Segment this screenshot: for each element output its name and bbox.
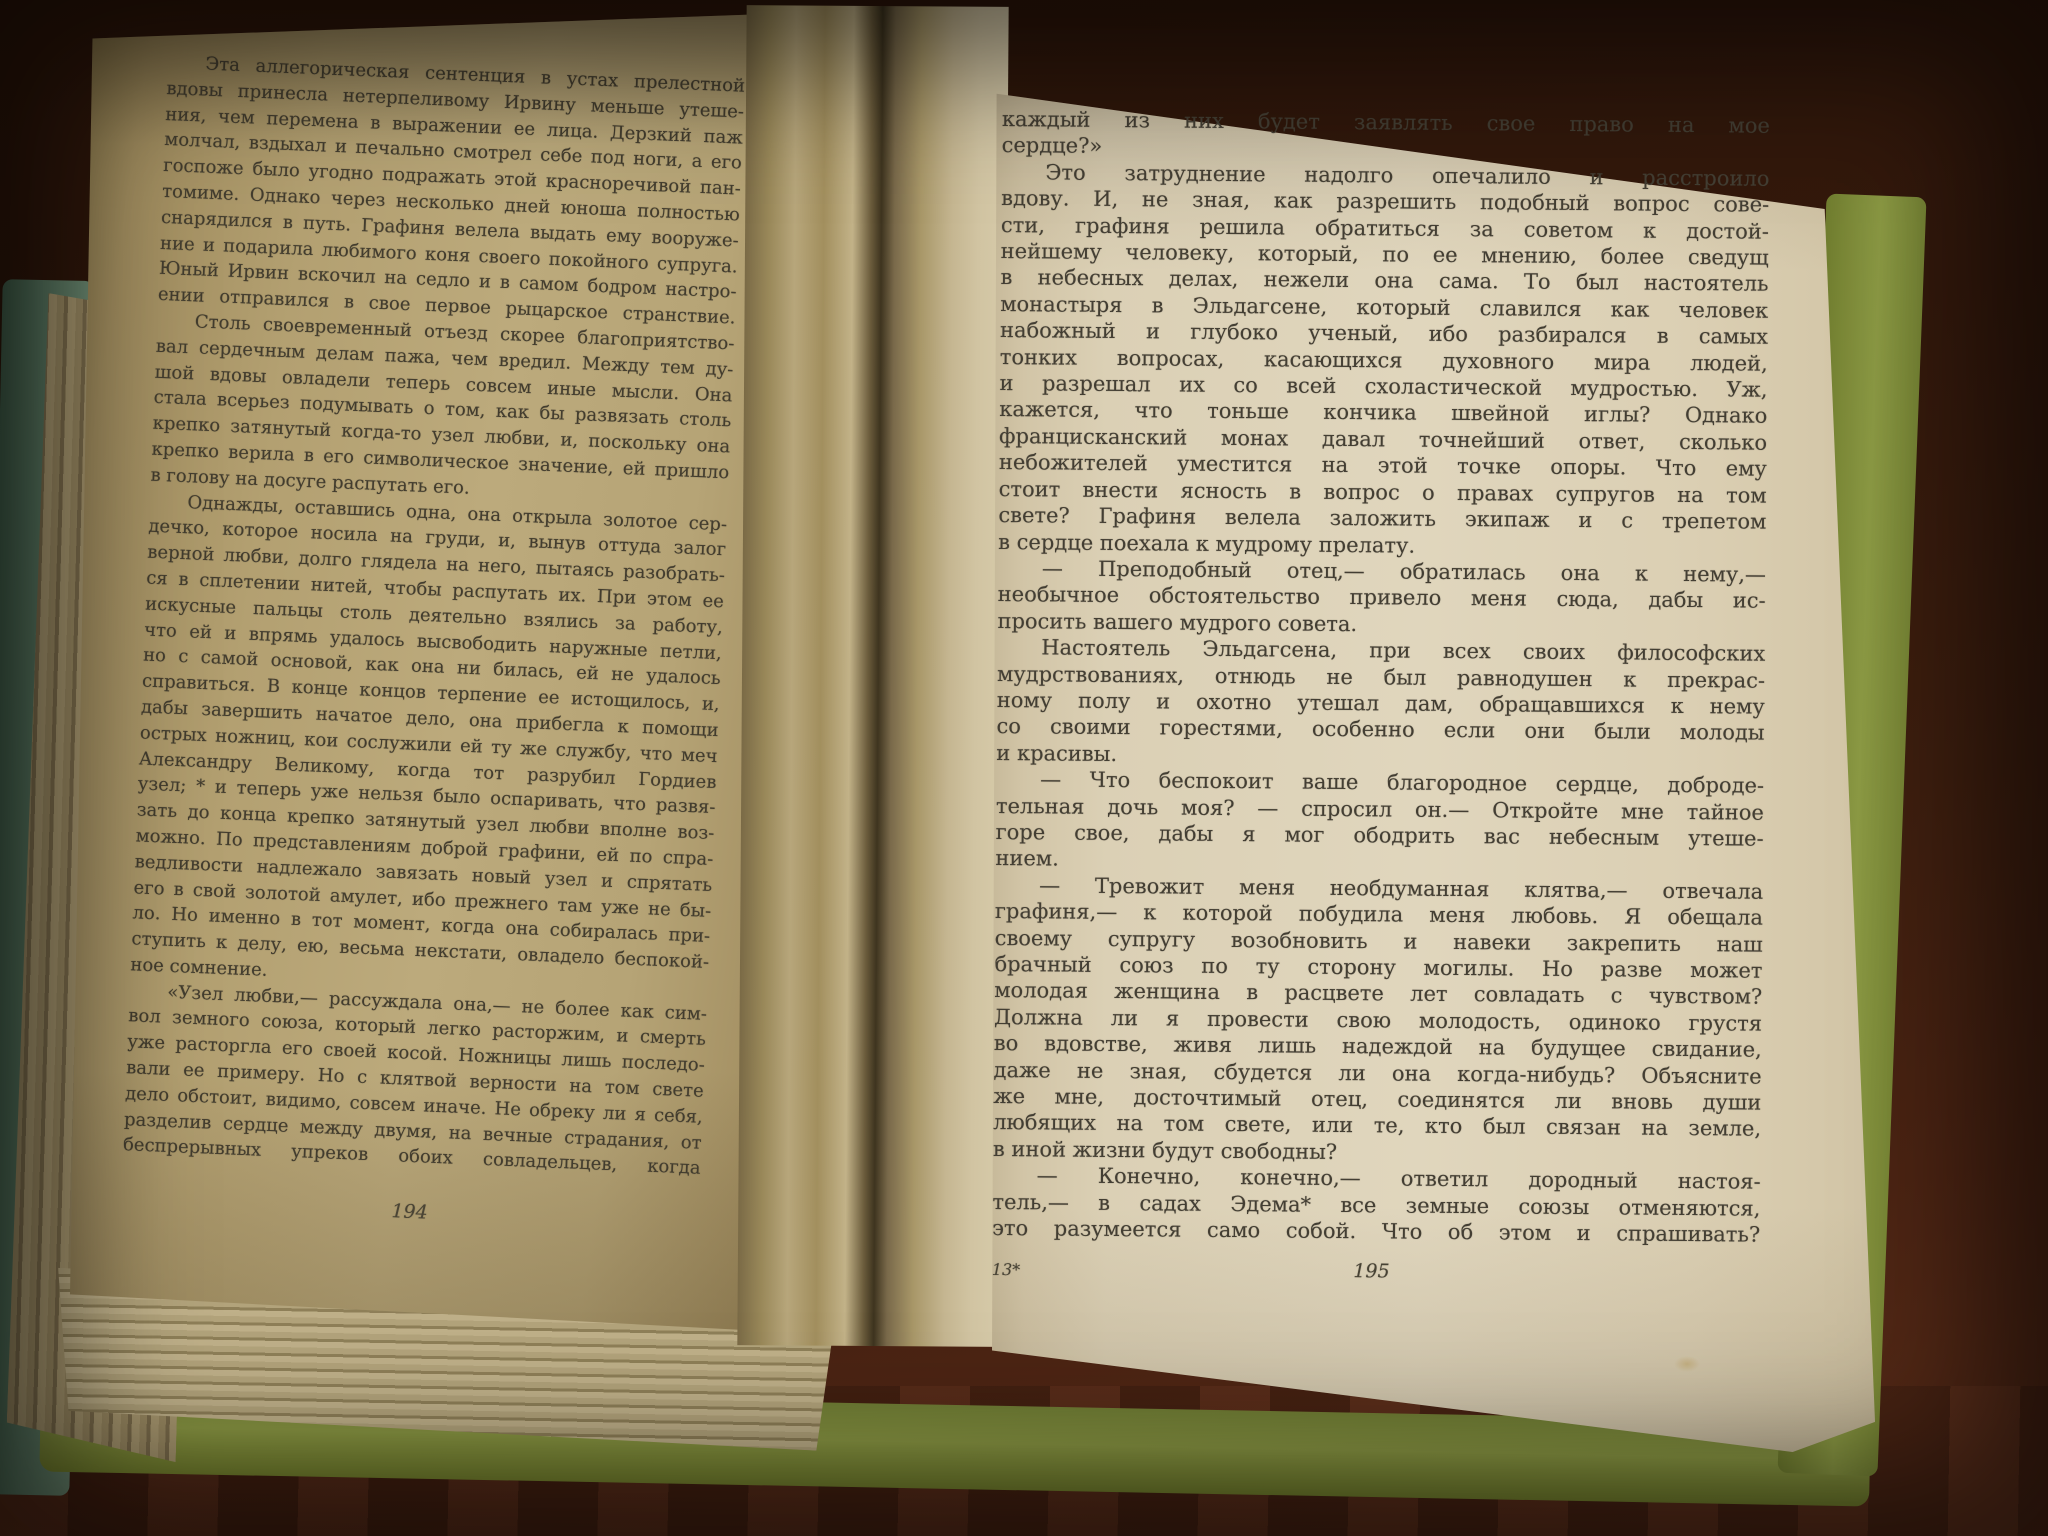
left-page-text: Эта аллегорическая сентенция в устах пре… <box>120 50 745 1238</box>
paragraph: Столь своевременный отъезд скорее благоп… <box>150 308 735 512</box>
paragraph: Однажды, оставшись одна, она открыла зол… <box>130 488 728 1001</box>
signature-mark: 13* <box>992 1257 1021 1284</box>
photo-of-open-book: Эта аллегорическая сентенция в устах пре… <box>0 0 2048 1536</box>
paragraph: Это затруднение надолго опечалило и расс… <box>998 159 1769 562</box>
paragraph: — Тревожит меня необдуманная клятва,— от… <box>993 872 1764 1169</box>
paragraph: — Что беспокоит ваше благородное сердце,… <box>995 766 1764 878</box>
book-spine-gutter <box>737 5 1008 1347</box>
right-page-text: каждый из них будет заявлять свое право … <box>992 106 1770 1290</box>
paragraph: — Преподобный отец,— обратилась она к не… <box>997 555 1766 641</box>
right-page-number: 195 <box>1353 1259 1389 1286</box>
paragraph: Настоятель Эльдагсена, при всех своих фи… <box>996 634 1765 773</box>
paragraph: Эта аллегорическая сентенция в устах пре… <box>157 50 745 331</box>
paragraph: каждый из них будет заявлять свое право … <box>1002 106 1770 166</box>
paragraph: — Конечно, конечно,— ответил дородный на… <box>992 1162 1761 1248</box>
paragraph: «Узел любви,— рассуждала она,— не более … <box>123 978 708 1182</box>
text-line: это разумеется само собой. Что об этом и… <box>992 1215 1760 1248</box>
